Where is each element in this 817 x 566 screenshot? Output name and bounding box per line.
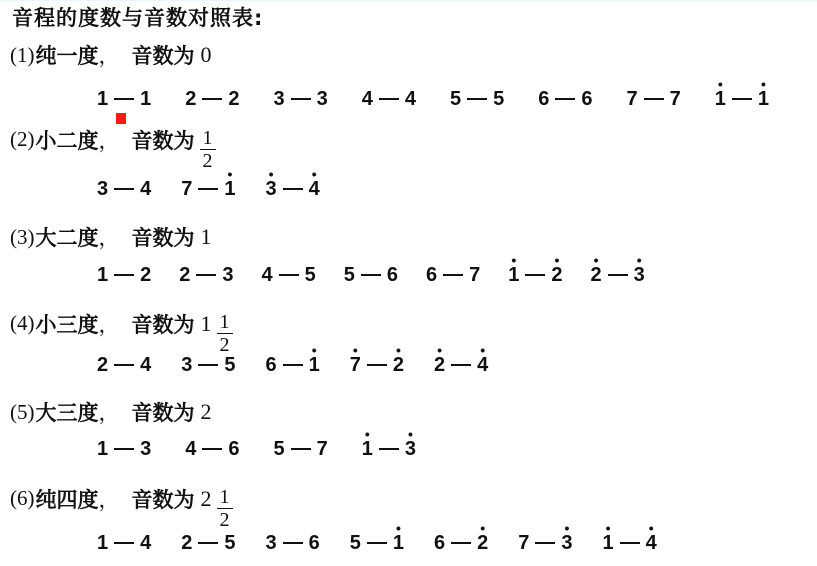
separator: ， <box>99 484 120 514</box>
jianpu-note: 6 <box>228 430 239 460</box>
octave-dot: • <box>606 524 611 532</box>
dash-separator <box>202 98 222 100</box>
note-pair: 24 <box>97 346 151 376</box>
note-pair: 55 <box>450 80 504 110</box>
jianpu-note: 6 <box>309 524 320 554</box>
fraction-numerator: 1 <box>200 128 216 150</box>
jianpu-note: 6 <box>426 256 437 286</box>
note-digit: 1 <box>508 264 519 286</box>
note-digit: 5 <box>350 532 361 554</box>
note-digit: 6 <box>434 532 445 554</box>
note-digit: 6 <box>387 264 398 286</box>
jianpu-note: 7 <box>518 524 529 554</box>
dash-separator <box>196 274 216 276</box>
note-digit: 2 <box>185 88 196 110</box>
jianpu-note: 6 <box>538 80 549 110</box>
note-pair: 11 <box>97 80 151 110</box>
dash-separator <box>443 274 463 276</box>
note-digit: 3 <box>317 88 328 110</box>
note-digit: 6 <box>426 264 437 286</box>
jianpu-note: •3 <box>405 430 416 460</box>
jianpu-note: 4 <box>140 524 151 554</box>
note-pair: 22 <box>185 80 239 110</box>
jianpu-note: 2 <box>185 80 196 110</box>
fraction-denominator: 2 <box>203 150 213 171</box>
octave-dot: • <box>480 346 485 354</box>
note-digit: 4 <box>140 178 151 200</box>
note-pair: 33 <box>274 80 328 110</box>
note-digit: 3 <box>97 178 108 200</box>
note-digit: 2 <box>477 532 488 554</box>
dash-separator <box>283 364 303 366</box>
note-digit: 1 <box>97 88 108 110</box>
dash-separator <box>198 188 218 190</box>
jianpu-note: 6 <box>581 80 592 110</box>
section-heading: (3)大二度，音数为1 <box>10 222 212 252</box>
fraction-numerator: 1 <box>217 312 233 334</box>
note-digit: 1 <box>97 438 108 460</box>
separator: ， <box>99 397 120 427</box>
note-pair: •2•4 <box>434 346 488 376</box>
note-pair: 77 <box>627 80 681 110</box>
note-digit: 2 <box>393 354 404 376</box>
dash-separator <box>114 542 134 544</box>
note-pair: •2•3 <box>591 256 645 286</box>
note-digit: 1 <box>140 88 151 110</box>
top-border <box>0 0 817 1</box>
note-digit: 2 <box>140 264 151 286</box>
dash-separator <box>555 98 575 100</box>
dash-separator <box>202 448 222 450</box>
interval-name: 纯一度 <box>36 40 99 70</box>
interval-pairs-row: 1425365•16•27•3•1•4 <box>97 524 687 554</box>
semitone-label: 音数为 <box>132 40 195 70</box>
jianpu-note: 5 <box>344 256 355 286</box>
note-pair: 12 <box>97 256 151 286</box>
section-index: (1) <box>10 43 35 68</box>
note-digit: 2 <box>591 264 602 286</box>
note-pair: •7•2 <box>350 346 404 376</box>
note-digit: 6 <box>581 88 592 110</box>
dash-separator <box>467 98 487 100</box>
note-digit: 3 <box>561 532 572 554</box>
note-digit: 6 <box>538 88 549 110</box>
octave-dot: • <box>564 524 569 532</box>
note-pair: 7•3 <box>518 524 572 554</box>
jianpu-note: 5 <box>305 256 316 286</box>
note-digit: 6 <box>266 354 277 376</box>
note-pair: •1•4 <box>603 524 657 554</box>
jianpu-note: •2 <box>477 524 488 554</box>
jianpu-note: 5 <box>224 346 235 376</box>
dash-separator <box>279 274 299 276</box>
note-digit: 3 <box>181 354 192 376</box>
note-digit: 1 <box>715 88 726 110</box>
jianpu-note: •7 <box>350 346 361 376</box>
jianpu-note: 7 <box>317 430 328 460</box>
note-digit: 3 <box>266 532 277 554</box>
octave-dot: • <box>649 524 654 532</box>
section-index: (4) <box>10 311 35 336</box>
jianpu-note: 7 <box>670 80 681 110</box>
dash-separator <box>644 98 664 100</box>
octave-dot: • <box>353 346 358 354</box>
note-digit: 1 <box>224 178 235 200</box>
note-digit: 1 <box>309 354 320 376</box>
octave-dot: • <box>480 524 485 532</box>
note-pair: 6•1 <box>266 346 320 376</box>
jianpu-note: 6 <box>434 524 445 554</box>
fraction-numerator: 1 <box>217 487 233 509</box>
jianpu-note: 5 <box>350 524 361 554</box>
note-digit: 5 <box>493 88 504 110</box>
jianpu-note: •4 <box>309 170 320 200</box>
jianpu-note: •2 <box>591 256 602 286</box>
semitone-label: 音数为 <box>132 125 195 155</box>
note-pair: •1•3 <box>362 430 416 460</box>
jianpu-note: 7 <box>181 170 192 200</box>
jianpu-note: 2 <box>181 524 192 554</box>
note-digit: 3 <box>634 264 645 286</box>
note-pair: 35 <box>181 346 235 376</box>
note-digit: 3 <box>266 178 277 200</box>
dash-separator <box>198 542 218 544</box>
section-index: (5) <box>10 400 35 425</box>
dash-separator <box>361 274 381 276</box>
dash-separator <box>367 542 387 544</box>
jianpu-note: •4 <box>646 524 657 554</box>
section-heading: (4)小三度，音数为112 <box>10 302 233 345</box>
note-pair: 5•1 <box>350 524 404 554</box>
jianpu-note: •2 <box>551 256 562 286</box>
jianpu-note: 3 <box>222 256 233 286</box>
octave-dot: • <box>312 170 317 178</box>
note-pair: 23 <box>179 256 233 286</box>
note-pair: 57 <box>274 430 328 460</box>
octave-dot: • <box>637 256 642 264</box>
jianpu-note: 7 <box>469 256 480 286</box>
dash-separator <box>379 98 399 100</box>
interval-pairs-row: 347•1•3•4 <box>97 170 350 200</box>
dash-separator <box>114 188 134 190</box>
section-heading: (1)纯一度，音数为0 <box>10 40 212 70</box>
octave-dot: • <box>511 256 516 264</box>
note-pair: 66 <box>538 80 592 110</box>
tone-count-whole: 1 <box>201 311 212 337</box>
note-digit: 7 <box>317 438 328 460</box>
jianpu-note: 4 <box>262 256 273 286</box>
jianpu-note: •1 <box>224 170 235 200</box>
jianpu-note: 1 <box>97 430 108 460</box>
note-digit: 2 <box>551 264 562 286</box>
jianpu-note: 3 <box>140 430 151 460</box>
semitone-label: 音数为 <box>132 309 195 339</box>
section-index: (6) <box>10 486 35 511</box>
section-heading: (2)小二度，音数为12 <box>10 118 216 161</box>
separator: ， <box>99 222 120 252</box>
dash-separator <box>114 98 134 100</box>
jianpu-note: •1 <box>309 346 320 376</box>
note-pair: 46 <box>185 430 239 460</box>
note-digit: 1 <box>362 438 373 460</box>
jianpu-note: 4 <box>362 80 373 110</box>
octave-dot: • <box>594 256 599 264</box>
jianpu-note: 2 <box>140 256 151 286</box>
jianpu-note: •1 <box>715 80 726 110</box>
jianpu-note: 5 <box>274 430 285 460</box>
jianpu-note: 1 <box>140 80 151 110</box>
dash-separator <box>535 542 555 544</box>
tone-count-whole: 0 <box>201 42 212 68</box>
semitone-label: 音数为 <box>132 484 195 514</box>
dash-separator <box>283 188 303 190</box>
note-pair: 25 <box>181 524 235 554</box>
dash-separator <box>114 448 134 450</box>
octave-dot: • <box>227 170 232 178</box>
note-digit: 6 <box>228 438 239 460</box>
note-digit: 4 <box>477 354 488 376</box>
note-digit: 2 <box>228 88 239 110</box>
jianpu-note: •1 <box>603 524 614 554</box>
note-digit: 7 <box>518 532 529 554</box>
jianpu-note: 6 <box>387 256 398 286</box>
note-digit: 1 <box>758 88 769 110</box>
interval-name: 大三度 <box>36 397 99 427</box>
dash-separator <box>608 274 628 276</box>
jianpu-note: •3 <box>634 256 645 286</box>
jianpu-note: 3 <box>274 80 285 110</box>
jianpu-note: 3 <box>317 80 328 110</box>
dash-separator <box>114 274 134 276</box>
note-digit: 1 <box>603 532 614 554</box>
interval-pairs-row: 134657•1•3 <box>97 430 450 460</box>
page-title: 音程的度数与音数对照表: <box>12 2 263 32</box>
jianpu-note: •1 <box>758 80 769 110</box>
note-digit: 7 <box>350 354 361 376</box>
interval-name: 大二度 <box>36 222 99 252</box>
note-digit: 4 <box>362 88 373 110</box>
note-digit: 3 <box>222 264 233 286</box>
section-heading: (6)纯四度，音数为212 <box>10 477 233 520</box>
tone-count-whole: 2 <box>201 399 212 425</box>
note-pair: 44 <box>362 80 416 110</box>
dash-separator <box>620 542 640 544</box>
jianpu-note: 1 <box>97 524 108 554</box>
note-digit: 4 <box>140 354 151 376</box>
note-digit: 5 <box>305 264 316 286</box>
separator: ， <box>99 40 120 70</box>
jianpu-note: 4 <box>405 80 416 110</box>
jianpu-note: 1 <box>97 256 108 286</box>
octave-dot: • <box>269 170 274 178</box>
jianpu-note: 1 <box>97 80 108 110</box>
note-digit: 4 <box>185 438 196 460</box>
dash-separator <box>114 364 134 366</box>
octave-dot: • <box>437 346 442 354</box>
separator: ， <box>99 125 120 155</box>
jianpu-note: 5 <box>224 524 235 554</box>
note-pair: 34 <box>97 170 151 200</box>
octave-dot: • <box>396 524 401 532</box>
jianpu-note: •4 <box>477 346 488 376</box>
note-digit: 3 <box>274 88 285 110</box>
jianpu-note: 6 <box>266 346 277 376</box>
note-pair: 7•1 <box>181 170 235 200</box>
note-digit: 5 <box>344 264 355 286</box>
note-pair: 67 <box>426 256 480 286</box>
dash-separator <box>291 98 311 100</box>
note-digit: 6 <box>309 532 320 554</box>
note-digit: 7 <box>670 88 681 110</box>
section-index: (3) <box>10 225 35 250</box>
note-digit: 5 <box>224 354 235 376</box>
jianpu-note: 4 <box>140 170 151 200</box>
octave-dot: • <box>396 346 401 354</box>
note-pair: •1•2 <box>508 256 562 286</box>
note-digit: 1 <box>97 264 108 286</box>
jianpu-note: 4 <box>140 346 151 376</box>
note-digit: 5 <box>274 438 285 460</box>
dash-separator <box>451 542 471 544</box>
octave-dot: • <box>365 430 370 438</box>
note-digit: 4 <box>309 178 320 200</box>
tone-count-whole: 2 <box>201 486 212 512</box>
octave-dot: • <box>408 430 413 438</box>
note-digit: 4 <box>262 264 273 286</box>
dash-separator <box>732 98 752 100</box>
note-pair: 14 <box>97 524 151 554</box>
note-pair: 56 <box>344 256 398 286</box>
octave-dot: • <box>761 80 766 88</box>
jianpu-note: •3 <box>561 524 572 554</box>
red-cursor-marker <box>116 113 126 124</box>
note-pair: •1•1 <box>715 80 769 110</box>
note-digit: 2 <box>434 354 445 376</box>
octave-dot: • <box>312 346 317 354</box>
note-pair: 36 <box>266 524 320 554</box>
note-digit: 2 <box>181 532 192 554</box>
jianpu-note: •2 <box>393 346 404 376</box>
jianpu-note: 3 <box>181 346 192 376</box>
note-pair: 45 <box>262 256 316 286</box>
section-index: (2) <box>10 127 35 152</box>
note-digit: 4 <box>646 532 657 554</box>
jianpu-note: 2 <box>179 256 190 286</box>
note-digit: 7 <box>627 88 638 110</box>
jianpu-note: •3 <box>266 170 277 200</box>
dash-separator <box>451 364 471 366</box>
dash-separator <box>291 448 311 450</box>
note-digit: 7 <box>181 178 192 200</box>
note-digit: 5 <box>450 88 461 110</box>
jianpu-note: 7 <box>627 80 638 110</box>
jianpu-note: •1 <box>508 256 519 286</box>
jianpu-note: •1 <box>393 524 404 554</box>
note-digit: 3 <box>405 438 416 460</box>
note-digit: 7 <box>469 264 480 286</box>
note-digit: 4 <box>140 532 151 554</box>
dash-separator <box>525 274 545 276</box>
jianpu-note: 3 <box>266 524 277 554</box>
interval-pairs-row: 24356•1•7•2•2•4 <box>97 346 518 376</box>
semitone-label: 音数为 <box>132 222 195 252</box>
octave-dot: • <box>554 256 559 264</box>
dash-separator <box>379 448 399 450</box>
tone-count-fraction: 12 <box>200 128 216 171</box>
note-digit: 2 <box>97 354 108 376</box>
interval-name: 小二度 <box>36 125 99 155</box>
octave-dot: • <box>718 80 723 88</box>
note-pair: 13 <box>97 430 151 460</box>
tone-count-whole: 1 <box>201 224 212 250</box>
jianpu-note: 4 <box>185 430 196 460</box>
interval-pairs-row: 11223344556677•1•1 <box>97 80 803 110</box>
separator: ， <box>99 309 120 339</box>
jianpu-note: 5 <box>493 80 504 110</box>
note-digit: 1 <box>97 532 108 554</box>
note-digit: 2 <box>179 264 190 286</box>
note-digit: 3 <box>140 438 151 460</box>
section-heading: (5)大三度，音数为2 <box>10 397 212 427</box>
dash-separator <box>367 364 387 366</box>
note-digit: 4 <box>405 88 416 110</box>
jianpu-note: 5 <box>450 80 461 110</box>
jianpu-note: 2 <box>228 80 239 110</box>
jianpu-note: •2 <box>434 346 445 376</box>
interval-name: 纯四度 <box>36 484 99 514</box>
interval-name: 小三度 <box>36 309 99 339</box>
interval-pairs-row: 1223455667•1•2•2•3 <box>97 256 673 286</box>
note-pair: •3•4 <box>266 170 320 200</box>
note-digit: 5 <box>224 532 235 554</box>
dash-separator <box>198 364 218 366</box>
dash-separator <box>283 542 303 544</box>
note-pair: 6•2 <box>434 524 488 554</box>
jianpu-note: 2 <box>97 346 108 376</box>
jianpu-note: 3 <box>97 170 108 200</box>
note-digit: 1 <box>393 532 404 554</box>
jianpu-note: •1 <box>362 430 373 460</box>
semitone-label: 音数为 <box>132 397 195 427</box>
